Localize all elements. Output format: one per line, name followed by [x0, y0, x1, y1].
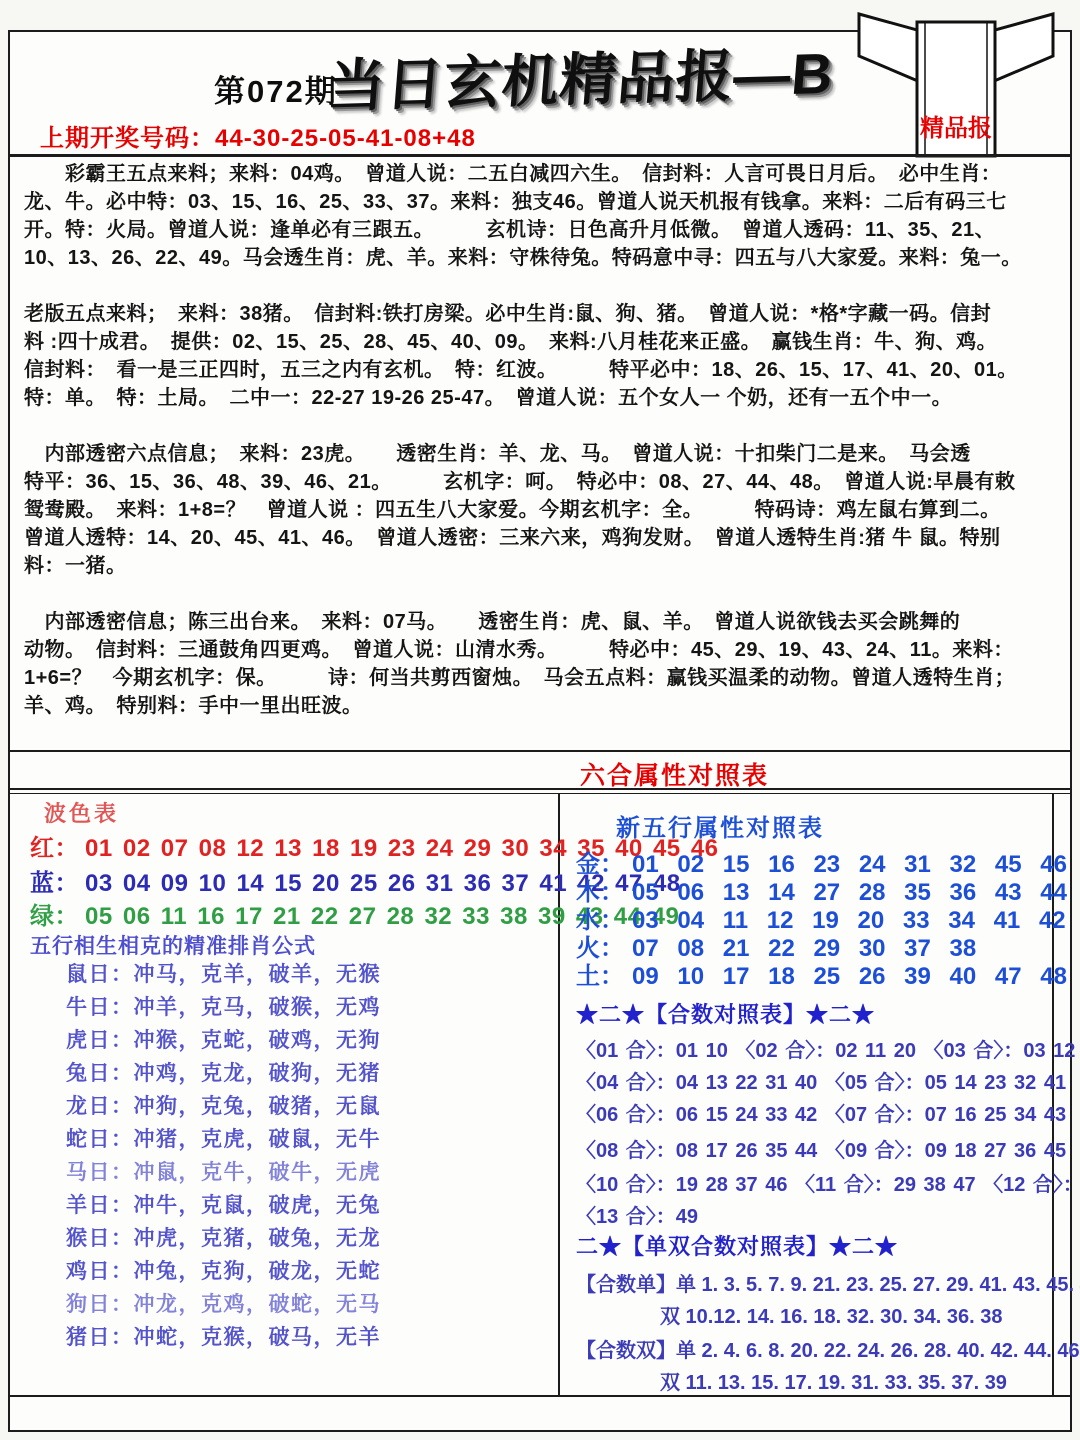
tip-line: 内部透密信息；陈三出台来。 来料：07马。 透密生肖：虎、鼠、羊。 曾道人说欲钱… — [24, 608, 1060, 636]
sum-even-line: 【合数双】单 2. 4. 6. 8. 20. 22. 24. 26. 28. 4… — [576, 1334, 1080, 1363]
five-elements-table-title: 新五行属性对照表 — [616, 808, 824, 843]
tip-line: 1+6=？ 今期玄机字：保。 诗：何当共剪西窗烛。 马会五点料：赢钱买温柔的动物… — [24, 664, 1060, 692]
tip-line: 彩霸王五点来料；来料：04鸡。 曾道人说：二五白减四六生。 信封料：人言可畏日月… — [24, 160, 1060, 188]
zodiac-line: 鸡日：冲兔，克狗，破龙，无蛇 — [66, 1255, 381, 1288]
zodiac-line: 马日：冲鼠，克牛，破牛，无虎 — [66, 1156, 381, 1189]
zodiac-line: 狗日：冲龙，克鸡，破蛇，无马 — [66, 1288, 381, 1321]
tip-line: 老版五点来料； 来料：38猪。 信封料:铁打房梁。必中生肖:鼠、狗、猪。 曾道人… — [24, 300, 1060, 328]
zodiac-line: 蛇日：冲猪，克虎，破鼠，无牛 — [66, 1123, 381, 1156]
sum-group-line: 〈10 合〉：19 28 37 46 〈11 合〉：29 38 47 〈12 合… — [576, 1168, 1080, 1197]
zodiac-day-list: 鼠日：冲马，克羊，破羊，无猴 牛日：冲羊，克马，破猴，无鸡 虎日：冲猴，克蛇，破… — [66, 958, 381, 1354]
odd-even-sum-header: 二★【单双合数对照表】★二★ — [576, 1230, 898, 1261]
tips-text-block: 彩霸王五点来料；来料：04鸡。 曾道人说：二五白减四六生。 信封料：人言可畏日月… — [24, 160, 1060, 748]
tip-line: 曾道人透特：14、20、45、41、46。 曾道人透密：三来六来，鸡狗发财。 曾… — [24, 524, 1060, 552]
blue-wave-label: 蓝： — [30, 870, 79, 897]
sum-group-line: 〈06 合〉：06 15 24 33 42 〈07 合〉：07 16 25 34… — [576, 1098, 1066, 1127]
zodiac-line: 虎日：冲猴，克蛇，破鸡，无狗 — [66, 1024, 381, 1057]
section-title: 六合属性对照表 — [580, 756, 769, 792]
issue-number: 第072期 — [214, 66, 338, 111]
zodiac-line: 猪日：冲蛇，克猴，破马，无羊 — [66, 1321, 381, 1354]
zodiac-formula-title: 五行相生相克的精准排肖公式 — [30, 930, 316, 960]
paragraph-2: 老版五点来料； 来料：38猪。 信封料:铁打房梁。必中生肖:鼠、狗、猪。 曾道人… — [24, 300, 1060, 412]
paragraph-3: 内部透密六点信息； 来料：23虎。 透密生肖：羊、龙、马。 曾道人说：十扣柴门二… — [24, 440, 1060, 580]
divider — [10, 750, 1070, 752]
tip-line: 动物。 信封料：三通鼓角四更鸡。 曾道人说：山清水秀。 特必中：45、29、19… — [24, 636, 1060, 664]
zodiac-line: 龙日：冲狗，克兔，破猪，无鼠 — [66, 1090, 381, 1123]
paragraph-1: 彩霸王五点来料；来料：04鸡。 曾道人说：二五白减四六生。 信封料：人言可畏日月… — [24, 160, 1060, 272]
bottom-divider — [10, 1395, 1070, 1397]
sum-group-line: 〈08 合〉：08 17 26 35 44 〈09 合〉：09 18 27 36… — [576, 1134, 1066, 1163]
last-draw-numbers: 上期开奖号码：44-30-25-05-41-08+48 — [40, 118, 476, 153]
red-wave-label: 红： — [30, 835, 79, 862]
element-label: 土： — [576, 963, 624, 990]
sum-group-line: 〈04 合〉：04 13 22 31 40 〈05 合〉：05 14 23 32… — [576, 1066, 1066, 1095]
tip-line: 料 :四十成君。 提供：02、15、25、28、45、40、09。 来料:八月桂… — [24, 328, 1060, 356]
green-wave-label: 绿： — [30, 903, 79, 930]
tip-line: 羊、鸡。 特别料：手中一里出旺波。 — [24, 692, 1060, 720]
divider — [10, 788, 1070, 790]
zodiac-line: 羊日：冲牛，克鼠，破虎，无兔 — [66, 1189, 381, 1222]
wave-color-table-title: 波色表 — [44, 797, 119, 828]
zodiac-line: 鼠日：冲马，克羊，破羊，无猴 — [66, 958, 381, 991]
zodiac-line: 猴日：冲虎，克猪，破兔，无龙 — [66, 1222, 381, 1255]
tip-line: 开。特：火局。曾道人说：逢单必有三跟五。 玄机诗：日色高升月低微。 曾道人透码：… — [24, 216, 1060, 244]
paragraph-4: 内部透密信息；陈三出台来。 来料：07马。 透密生肖：虎、鼠、羊。 曾道人说欲钱… — [24, 608, 1060, 720]
element-row-earth: 土：09 10 17 18 25 26 39 40 47 48 — [576, 956, 1067, 991]
tip-line: 内部透密六点信息； 来料：23虎。 透密生肖：羊、龙、马。 曾道人说：十扣柴门二… — [24, 440, 1060, 468]
sum-odd-line: 【合数单】单 1. 3. 5. 7. 9. 21. 23. 25. 27. 29… — [576, 1268, 1080, 1297]
sum-group-line: 〈13 合〉：49 — [576, 1200, 698, 1229]
element-numbers: 09 10 17 18 25 26 39 40 47 48 — [632, 963, 1067, 990]
divider — [10, 793, 1070, 794]
sum-odd-even-line: 双 10.12. 14. 16. 18. 32. 30. 34. 36. 38 — [660, 1300, 1002, 1329]
zodiac-line: 牛日：冲羊，克马，破猴，无鸡 — [66, 991, 381, 1024]
sum-even-even-line: 双 11. 13. 15. 17. 19. 31. 33. 35. 37. 39 — [660, 1366, 1007, 1395]
sum-group-line: 〈01 合〉：01 10 〈02 合〉：02 11 20 〈03 合〉：03 1… — [576, 1034, 1080, 1063]
tip-line: 龙、牛。必中特：03、15、16、25、33、37。来料：独支46。曾道人说天机… — [24, 188, 1060, 216]
masthead-title: 当日玄机精品报—B — [325, 27, 871, 123]
header-divider — [10, 154, 1070, 157]
tip-line: 特平：36、15、36、48、39、46、21。 玄机字：呵。 特必中：08、2… — [24, 468, 1060, 496]
sum-table-header: ★二★【合数对照表】★二★ — [576, 998, 875, 1029]
report-page: 第072期 当日玄机精品报—B 上期开奖号码：44-30-25-05-41-08… — [8, 30, 1072, 1432]
zodiac-line: 兔日：冲鸡，克龙，破狗，无猪 — [66, 1057, 381, 1090]
tip-line: 信封料： 看一是三正四时，五三之内有玄机。 特：红波。 特平必中：18、26、1… — [24, 356, 1060, 384]
tip-line: 料：一猪。 — [24, 552, 1060, 580]
tip-line: 特：单。 特：土局。 二中一：22-27 19-26 25-47。 曾道人说：五… — [24, 384, 1060, 412]
scroll-banner-icon: 精品报 — [855, 8, 1057, 160]
tip-line: 鸳鸯殿。 来料：1+8=？ 曾道人说 ：四五生八大家爱。今期玄机字：全。 特码诗… — [24, 496, 1060, 524]
ribbon-label: 精品报 — [920, 114, 992, 142]
tip-line: 10、13、26、22、49。马会透生肖：虎、羊。来料：守株待兔。特码意中寻：四… — [24, 244, 1060, 272]
